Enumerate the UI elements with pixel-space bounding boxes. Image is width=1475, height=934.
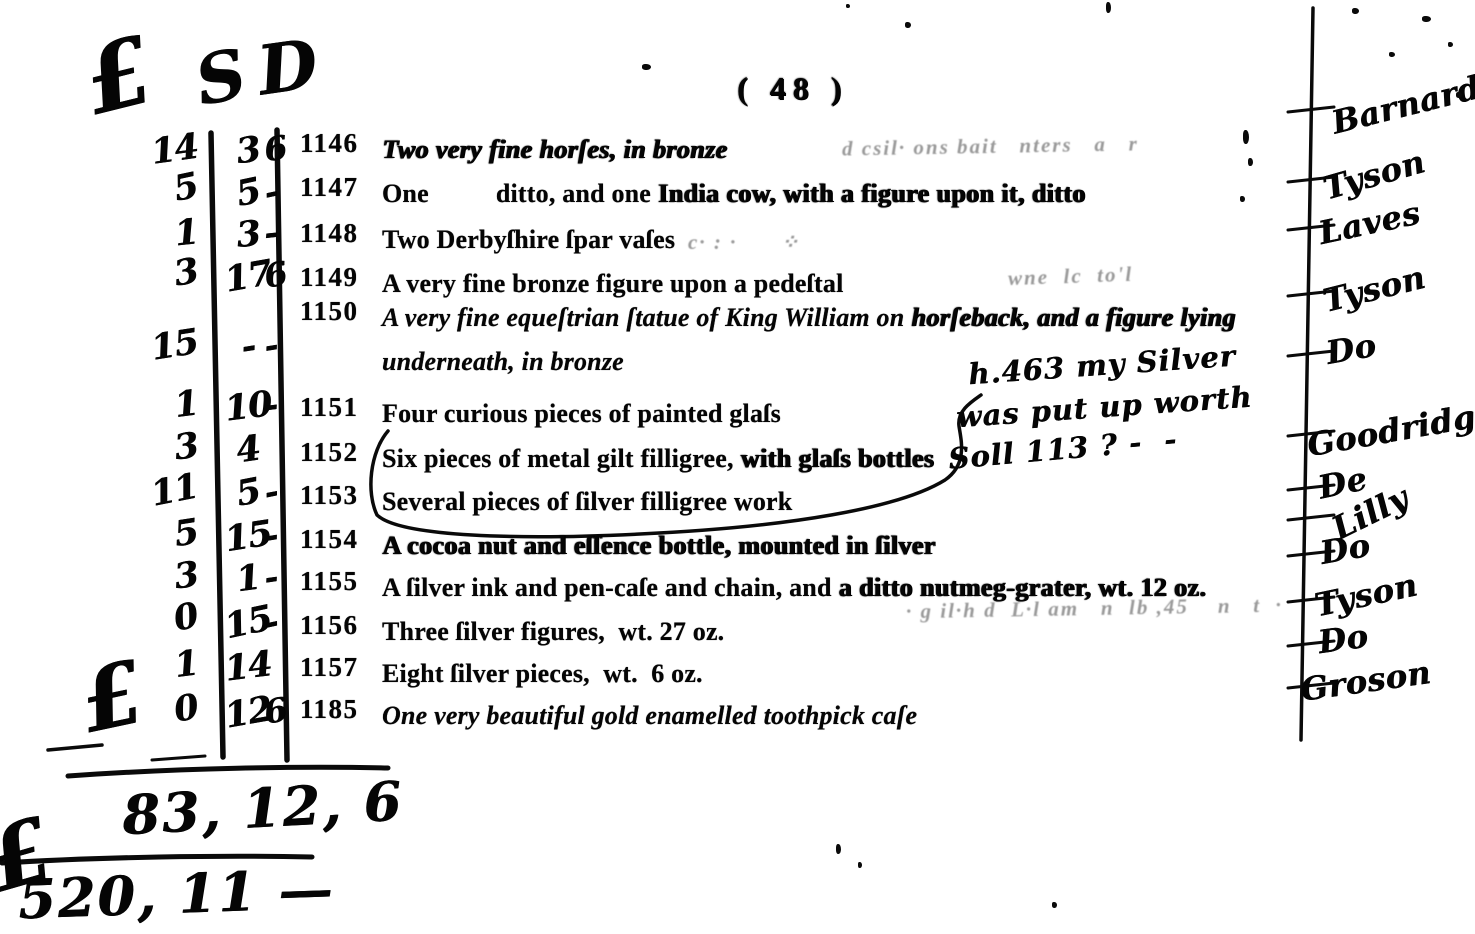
description-text: Two very fine horſes, in bronze [382,135,727,164]
ink-speck [1243,130,1249,144]
description-text: Four curious pieces of painted glaſs [382,399,781,428]
description-text: Eight ſilver pieces, wt. 6 oz. [382,659,703,688]
price-pounds: 15 [103,321,200,376]
ink-speck [1422,16,1431,22]
description-text: Three ſilver figures, wt. 27 oz. [382,617,724,646]
lot-number: 1150 [300,296,366,327]
price-pence: 6 [261,687,303,732]
ink-speck [858,862,862,868]
description-text: Six pieces of metal gilt filligree, [382,444,740,473]
buyer-name: Barnard [1328,68,1475,141]
lot-number: 1157 [300,652,366,683]
lot-number: 1185 [300,694,366,725]
description-second-line: underneath, in bronze [382,347,624,376]
description-smudged-text: with glaſs bottles [740,444,934,473]
lot-description: A cocoa nut and eſſence bottle, mounted … [382,524,1367,568]
description-text: One ditto, and one [382,179,658,208]
page-total: 83, 12, 6 [121,769,405,848]
lot-description: Six pieces of metal gilt filligree, with… [382,437,1367,481]
buyer-name: Do [1323,326,1379,372]
price-pence: - [262,210,302,253]
ink-speck [1106,2,1111,13]
price-pence: 6 [261,126,302,170]
currency-heading-pounds: £ [74,16,162,136]
currency-heading-pence: D [253,24,323,111]
price-pence: - [260,167,303,213]
lot-number: 1147 [300,172,366,203]
currency-heading-shillings: S [188,34,253,122]
price-pence: 6 [261,251,303,296]
price-pence: - [261,321,303,365]
description-smudged-text: India cow, with a figure upon it, ditto [658,179,1086,208]
price-pence: - [261,467,304,512]
description-text: A very fine equeſtrian ſtatue of King Wi… [382,303,911,332]
lot-description: One very beautiful gold enamelled toothp… [382,694,1367,738]
ink-speck [836,844,841,854]
page-number: ( 48 ) [737,70,848,107]
ink-speck [1389,52,1395,57]
ink-speck [1352,8,1359,14]
lot-number: 1152 [300,437,366,468]
lot-description: Several pieces of ſilver filligree work [382,480,1367,524]
ink-speck [642,64,651,70]
description-text: Several pieces of ſilver filligree work [382,487,792,516]
ink-speck [1052,902,1057,908]
price-pence: - [261,511,303,555]
description-text: A cocoa nut and eſſence bottle, mounted … [382,531,935,560]
lot-number: 1149 [300,262,366,293]
lot-description: Eight ſilver pieces, wt. 6 oz. [382,652,1367,696]
lot-number: 1148 [300,218,366,249]
show-through-text: wne lc to'l [1008,262,1134,291]
lot-number: 1151 [300,392,366,423]
description-text: Two Derbyſhire ſpar vaſes [382,225,675,254]
price-shillings: 14 [219,643,278,690]
price-pence: - [262,382,302,425]
catalogue-page: ( 48 ) £ S D 14361146Two very fine horſe… [0,0,1475,934]
price-pence: - [260,597,303,643]
description-text: One very beautiful gold enamelled toothp… [382,701,917,730]
ink-speck [1248,158,1253,166]
lot-number: 1146 [300,128,366,159]
ink-speck [1240,196,1245,202]
show-through-text: c· : · ⁘ [688,230,800,255]
carried-total: 520, 11 — [17,857,335,932]
description-smudged-text: horſeback, and a figure lying [911,303,1235,332]
lot-description: Two Derbyſhire ſpar vaſes [382,218,1367,262]
buyer-name: Do [1316,617,1371,662]
description-text: A ſilver ink and pen-caſe and chain, and [382,573,838,602]
lot-number: 1154 [300,524,366,555]
show-through-text: d csil· ons bait nters a r [842,131,1139,161]
ink-speck [1448,42,1453,47]
price-pence: - [261,554,302,598]
ink-speck [1456,92,1462,98]
lot-number: 1156 [300,610,366,641]
lot-number: 1153 [300,480,366,511]
ink-speck [846,4,850,8]
lot-number: 1155 [300,566,366,597]
description-text: A very fine bronze figure upon a pedeſta… [382,269,844,298]
lot-description: One ditto, and one India cow, with a fig… [382,172,1367,216]
ink-speck [905,22,911,28]
buyer-tick-mark [1288,107,1334,112]
dash-mark [152,756,205,760]
price-shillings: 4 [218,425,277,473]
